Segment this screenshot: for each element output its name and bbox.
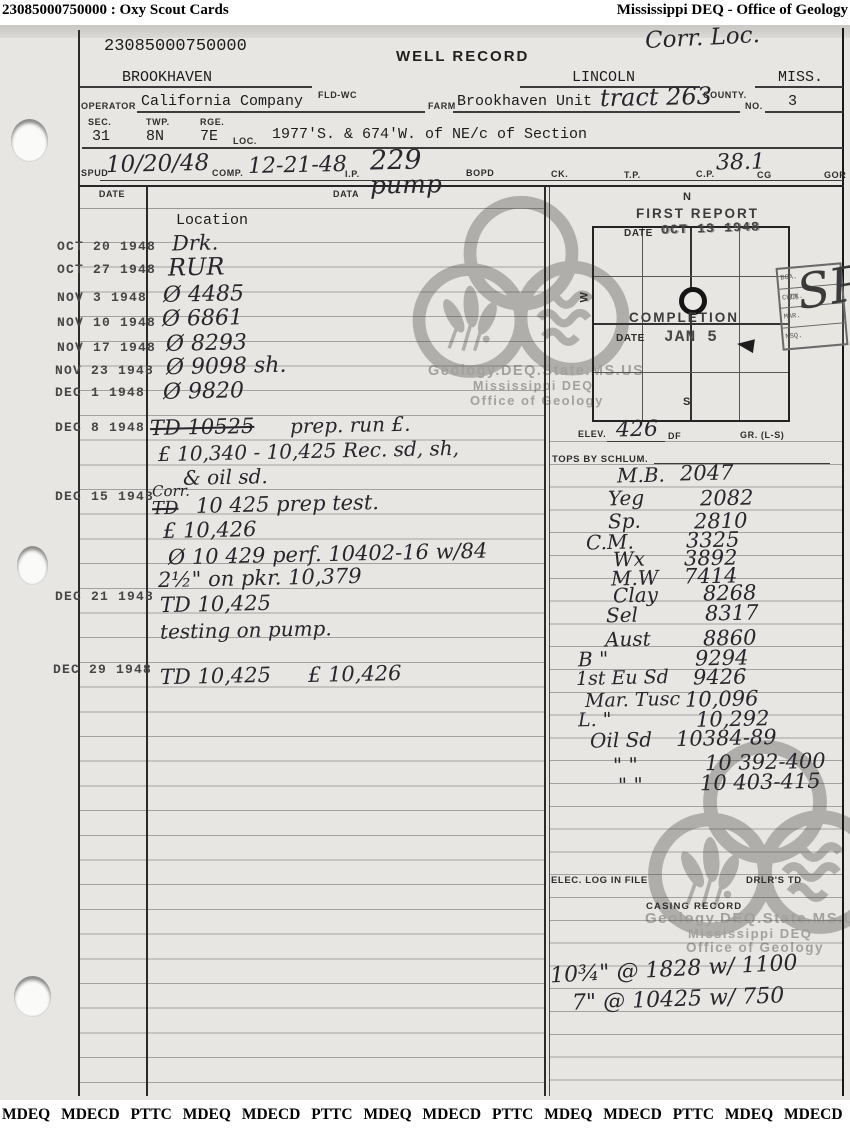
twp-label: TWP. bbox=[146, 117, 170, 127]
entry-text: 2½" on pkr. 10,379 bbox=[158, 564, 362, 592]
top-name: M.B. bbox=[617, 463, 665, 488]
location-heading: Location bbox=[176, 212, 248, 229]
spud-underline bbox=[100, 180, 843, 181]
sec-label: SEC. bbox=[88, 117, 111, 127]
rge-label: RGE. bbox=[200, 117, 224, 127]
elev-label: ELEV. bbox=[578, 429, 606, 439]
hole-punch bbox=[14, 976, 51, 1017]
entry-text: £ 10,426 bbox=[163, 517, 257, 543]
state-underline bbox=[755, 86, 843, 88]
entry-text: TD 10,425 bbox=[160, 591, 271, 617]
date-column-header: DATE bbox=[78, 189, 146, 199]
field-value: BROOKHAVEN bbox=[122, 69, 212, 86]
top-depth: 10384-89 bbox=[676, 725, 777, 751]
entry-date-stamp: DEC 1 1948 bbox=[55, 385, 145, 400]
comp-label: COMP. bbox=[212, 168, 243, 178]
entry-text-struck: TD bbox=[152, 498, 179, 520]
data-column-divider-inner bbox=[549, 186, 550, 1096]
spud-label: SPUD bbox=[81, 168, 108, 178]
ruled-line bbox=[79, 208, 544, 209]
agency-title: Mississippi DEQ - Office of Geology bbox=[617, 2, 848, 19]
first-report-stamp: FIRST REPORT bbox=[636, 206, 759, 221]
plot-grid-line bbox=[594, 372, 788, 373]
comp-value: 12-21-48 bbox=[248, 152, 347, 179]
entry-date-stamp: NOV 3 1948 bbox=[57, 290, 147, 305]
loc-label: LOC. bbox=[233, 136, 257, 146]
elev-underline bbox=[607, 441, 665, 442]
farm-underline bbox=[453, 111, 740, 113]
card-title: WELL RECORD bbox=[396, 48, 529, 65]
entry-text: Ø 9820 bbox=[163, 378, 245, 405]
df-label: DF bbox=[668, 431, 681, 441]
data-column-divider bbox=[544, 186, 546, 1096]
entry-date-stamp: DEC 15 1948 bbox=[55, 489, 154, 504]
entry-date-stamp: OCT 20 1948 bbox=[57, 239, 156, 254]
viewer-header-bar: 23085000750000 : Oxy Scout Cards Mississ… bbox=[0, 0, 850, 25]
plot-west-label: W bbox=[578, 292, 590, 303]
farm-value: Brookhaven Unit bbox=[457, 93, 592, 110]
document-id-title: 23085000750000 : Oxy Scout Cards bbox=[2, 2, 229, 19]
entry-date-stamp: DEC 8 1948 bbox=[55, 420, 145, 435]
well-no-label: NO. bbox=[745, 101, 763, 111]
scanned-well-record-page: 23085000750000 : Oxy Scout Cards Mississ… bbox=[0, 0, 850, 1133]
hole-punch bbox=[11, 119, 48, 162]
entry-text: RUR bbox=[168, 252, 225, 281]
ck-label: CK. bbox=[551, 169, 568, 179]
ip-label: I.P. bbox=[345, 169, 360, 179]
card-right-edge bbox=[842, 28, 844, 1096]
hole-punch bbox=[17, 546, 48, 585]
entry-text: Ø 6861 bbox=[162, 305, 244, 332]
entry-text: Ø 9098 sh. bbox=[166, 353, 287, 381]
top-name: Aust bbox=[605, 627, 651, 652]
table-top-line bbox=[78, 185, 844, 187]
entry-text: TD 10,425 bbox=[160, 663, 271, 689]
data-column-header: DATA bbox=[333, 189, 359, 199]
loc-underline bbox=[82, 147, 843, 149]
plot-north-label: N bbox=[683, 191, 692, 203]
plot-south-label: S bbox=[683, 396, 691, 408]
entry-date-stamp: NOV 17 1948 bbox=[57, 340, 156, 355]
entry-date-stamp: OCT 27 1948 bbox=[57, 262, 156, 277]
well-no-underline bbox=[765, 111, 843, 113]
scan-area: Geology.DEQ.State.MS.US Mississippi DEQ … bbox=[0, 25, 850, 1100]
gr-label: GR. (L-S) bbox=[740, 430, 784, 440]
entry-date-stamp: NOV 23 1948 bbox=[55, 363, 154, 378]
corr-loc-note: Corr. Loc. bbox=[644, 25, 760, 54]
elev-value: 426 bbox=[616, 417, 659, 443]
completion-date-label: DATE bbox=[616, 333, 645, 344]
field-label: FLD-WC bbox=[318, 90, 357, 100]
footer-watermark-text: MDEQ MDECD PTTC MDEQ MDECD PTTC MDEQ MDE… bbox=[2, 1106, 850, 1124]
top-depth: 2047 bbox=[680, 460, 734, 485]
entry-text: prep. run £. bbox=[290, 412, 411, 439]
cp-label: C.P. bbox=[696, 169, 715, 179]
top-name: " " bbox=[618, 773, 643, 798]
tp-label: T.P. bbox=[624, 170, 641, 180]
drlrs-td-label: DRLR'S TD bbox=[746, 875, 802, 886]
first-report-date-label: DATE bbox=[624, 228, 653, 239]
loc-value: 1977'S. & 674'W. of NE/c of Section bbox=[272, 126, 587, 143]
completion-date-stamp: JAN 5 bbox=[664, 328, 718, 346]
plot-grid-line bbox=[594, 276, 788, 277]
rge-value: 7E bbox=[200, 128, 218, 145]
entry-text: 10 425 prep test. bbox=[196, 490, 379, 518]
entry-text-struck: TD 10525 bbox=[150, 414, 255, 440]
casing-record-label: CASING RECORD bbox=[646, 901, 742, 912]
entry-text: Ø 4485 bbox=[163, 281, 245, 308]
data-header-note: pump bbox=[370, 169, 442, 199]
operator-value: California Company bbox=[141, 93, 303, 110]
top-name: Oil Sd bbox=[590, 727, 653, 752]
sec-value: 31 bbox=[92, 128, 110, 145]
operator-underline bbox=[137, 111, 425, 113]
entry-date-stamp: NOV 10 1948 bbox=[57, 315, 156, 330]
entry-date-stamp: DEC 21 1948 bbox=[55, 589, 154, 604]
bopd-label: BOPD bbox=[466, 168, 494, 178]
top-depth: 8317 bbox=[705, 600, 759, 625]
farm-label: FARM bbox=[428, 101, 456, 111]
approval-initials: SP bbox=[793, 255, 850, 321]
cg-label: CG bbox=[757, 170, 772, 180]
api-number: 23085000750000 bbox=[104, 37, 247, 56]
top-depth: 2082 bbox=[700, 485, 754, 510]
gor-label: GOR bbox=[824, 170, 846, 180]
viewer-footer-bar: MDEQ MDECD PTTC MDEQ MDECD PTTC MDEQ MDE… bbox=[0, 1100, 850, 1133]
top-depth: 10 403-415 bbox=[700, 769, 821, 796]
entry-text: & oil sd. bbox=[183, 464, 268, 490]
entry-text: testing on pump. bbox=[160, 616, 332, 644]
top-name: Sel bbox=[606, 603, 638, 628]
top-name: Yeg bbox=[608, 486, 645, 511]
state-value: MISS. bbox=[778, 69, 823, 86]
field-underline bbox=[80, 86, 312, 88]
completion-stamp: COMPLETION bbox=[629, 310, 739, 325]
farm-tract-handwritten: tract 263 bbox=[600, 82, 713, 112]
entry-text: £ 10,426 bbox=[308, 661, 402, 687]
entry-date-stamp: DEC 29 1948 bbox=[53, 662, 152, 677]
arrow-mark-icon bbox=[736, 337, 755, 353]
operator-label: OPERATOR bbox=[81, 101, 136, 111]
elec-log-label: ELEC. LOG IN FILE bbox=[551, 875, 648, 886]
spud-value: 10/20/48 bbox=[106, 150, 210, 178]
well-no-value: 3 bbox=[788, 93, 797, 110]
twp-value: 8N bbox=[146, 128, 164, 145]
top-name: 1st Eu Sd bbox=[576, 666, 669, 690]
